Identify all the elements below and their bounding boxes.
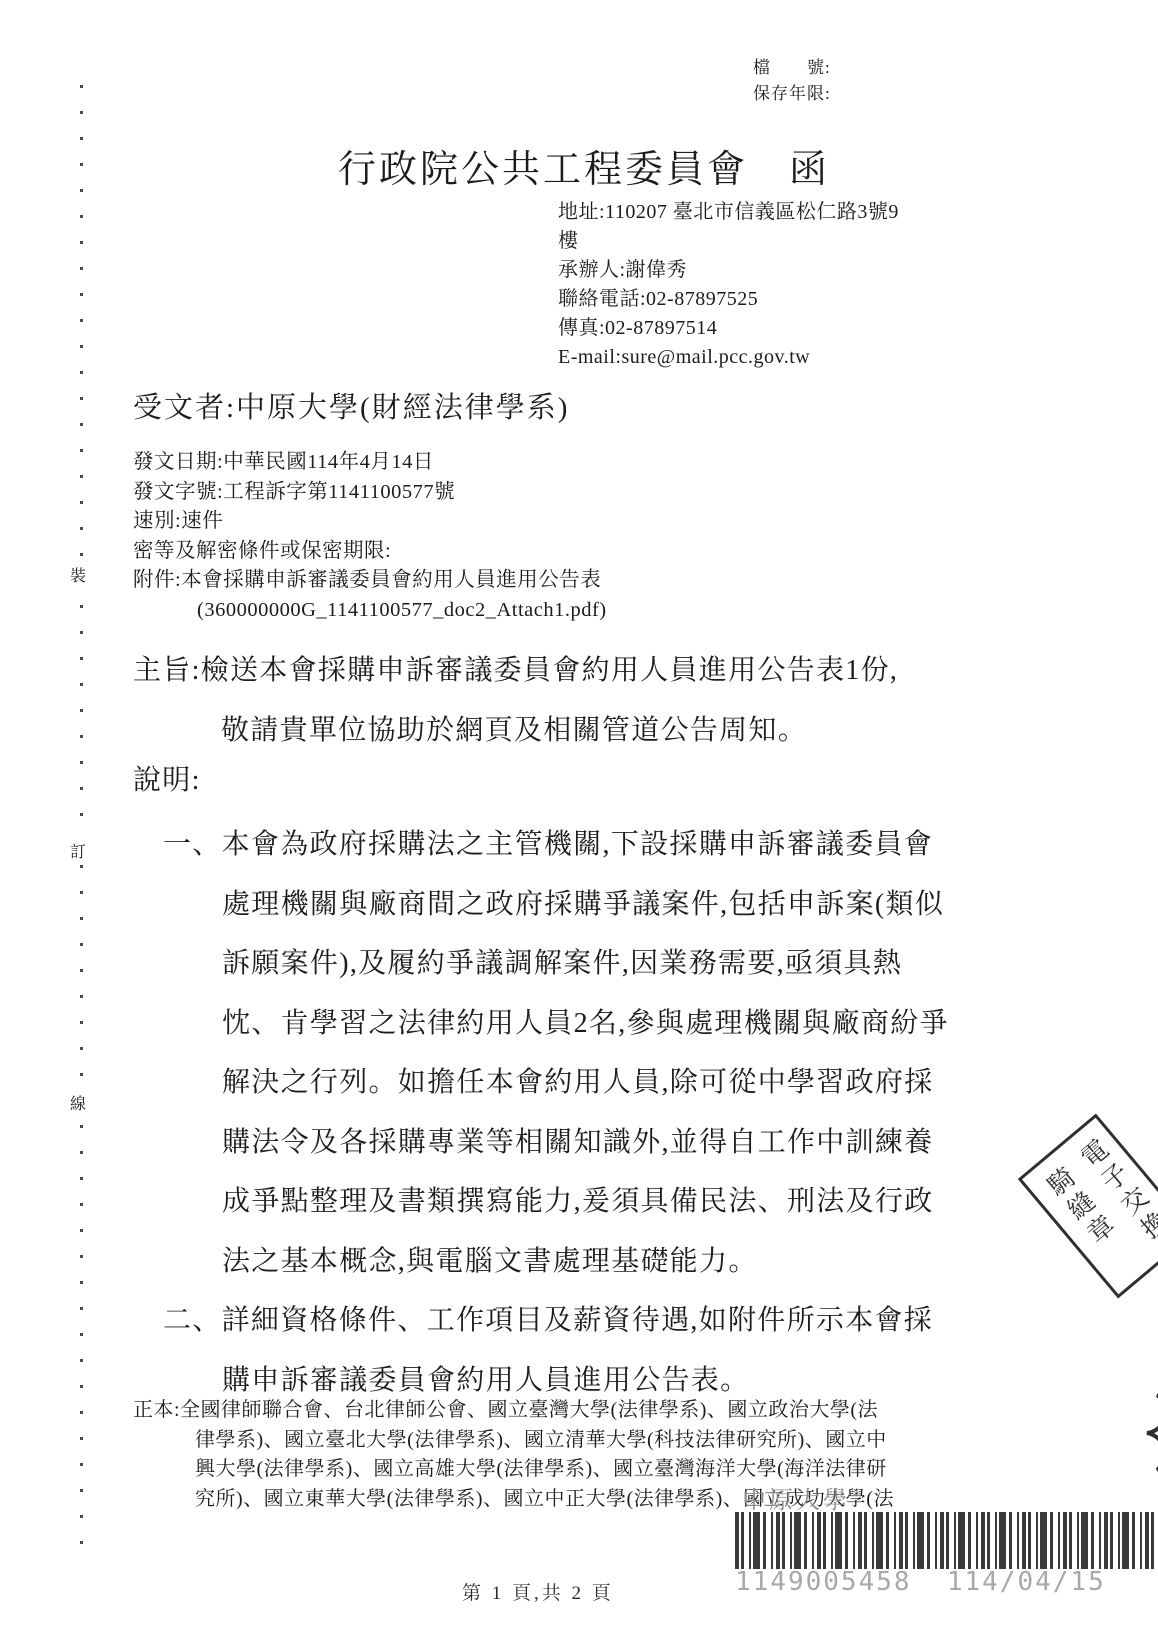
description-label: 說明: [133,758,201,798]
official-letter-page: 裝 訂 線 檔 號: 保存年限: 行政院公共工程委員會 函 地址:110207 … [0,0,1158,1649]
subject-paragraph: 主旨:檢送本會採購申訴審議委員會約用人員進用公告表1份, 敬請貴單位協助於網頁及… [133,641,1081,761]
document-meta-block: 發文日期:中華民國114年4月14日 發文字號:工程訴字第1141100577號… [133,448,607,625]
binding-mark-xian: 線 [70,1088,86,1117]
electronic-exchange-stamp-text: 電子交換 騎縫章 [1033,1130,1158,1282]
document-title: 行政院公共工程委員會 函 [338,138,830,193]
security-line: 密等及解密條件或保密期限: [133,537,607,567]
binding-mark-zhuang: 裝 [70,560,86,589]
recipient-name-print: 中原大學 [742,1480,850,1515]
sender-contact-info: 地址:110207 臺北市信義區松仁路3號9 樓 承辦人:謝偉秀 聯絡電話:02… [558,198,978,372]
flower-seal-stamp: 4 [1072,1338,1158,1518]
page-number-info: 第 1 頁,共 2 頁 [462,1578,614,1605]
attachment-line: 附件:本會採購申訴審議委員會約用人員進用公告表 (360000000G_1141… [133,566,607,625]
recipient-line: 受文者:中原大學(財經法律學系) [133,385,569,426]
retention-period-label: 保存年限: [753,81,831,107]
electronic-exchange-stamp: 電子交換 騎縫章 [1018,1113,1158,1298]
copy-to-block: 正本:全國律師聯合會、台北律師公會、國立臺灣大學(法律學系)、國立政治大學(法 … [133,1396,1075,1514]
doc-number-line: 發文字號:工程訴字第1141100577號 [133,478,607,508]
archive-label-block: 檔 號: 保存年限: [753,55,831,107]
binding-dotted-line [80,85,83,1565]
priority-line: 速別:速件 [133,507,607,537]
issue-date-line: 發文日期:中華民國114年4月14日 [133,448,607,478]
file-number-label: 檔 號: [753,55,831,81]
binding-mark-ding: 訂 [70,836,86,865]
barcode [735,1512,1158,1569]
description-item-1: 一、本會為政府採購法之主管機關,下設採購申訴審議委員會 處理機關與廠商間之政府採… [163,815,1022,1291]
barcode-number: 1149005458 114/04/15 [735,1567,1106,1597]
description-item-2: 二、詳細資格條件、工作項目及薪資待遇,如附件所示本會採 購申訴審議委員會約用人員… [163,1291,1022,1410]
flower-seal-petals [1147,1358,1158,1508]
